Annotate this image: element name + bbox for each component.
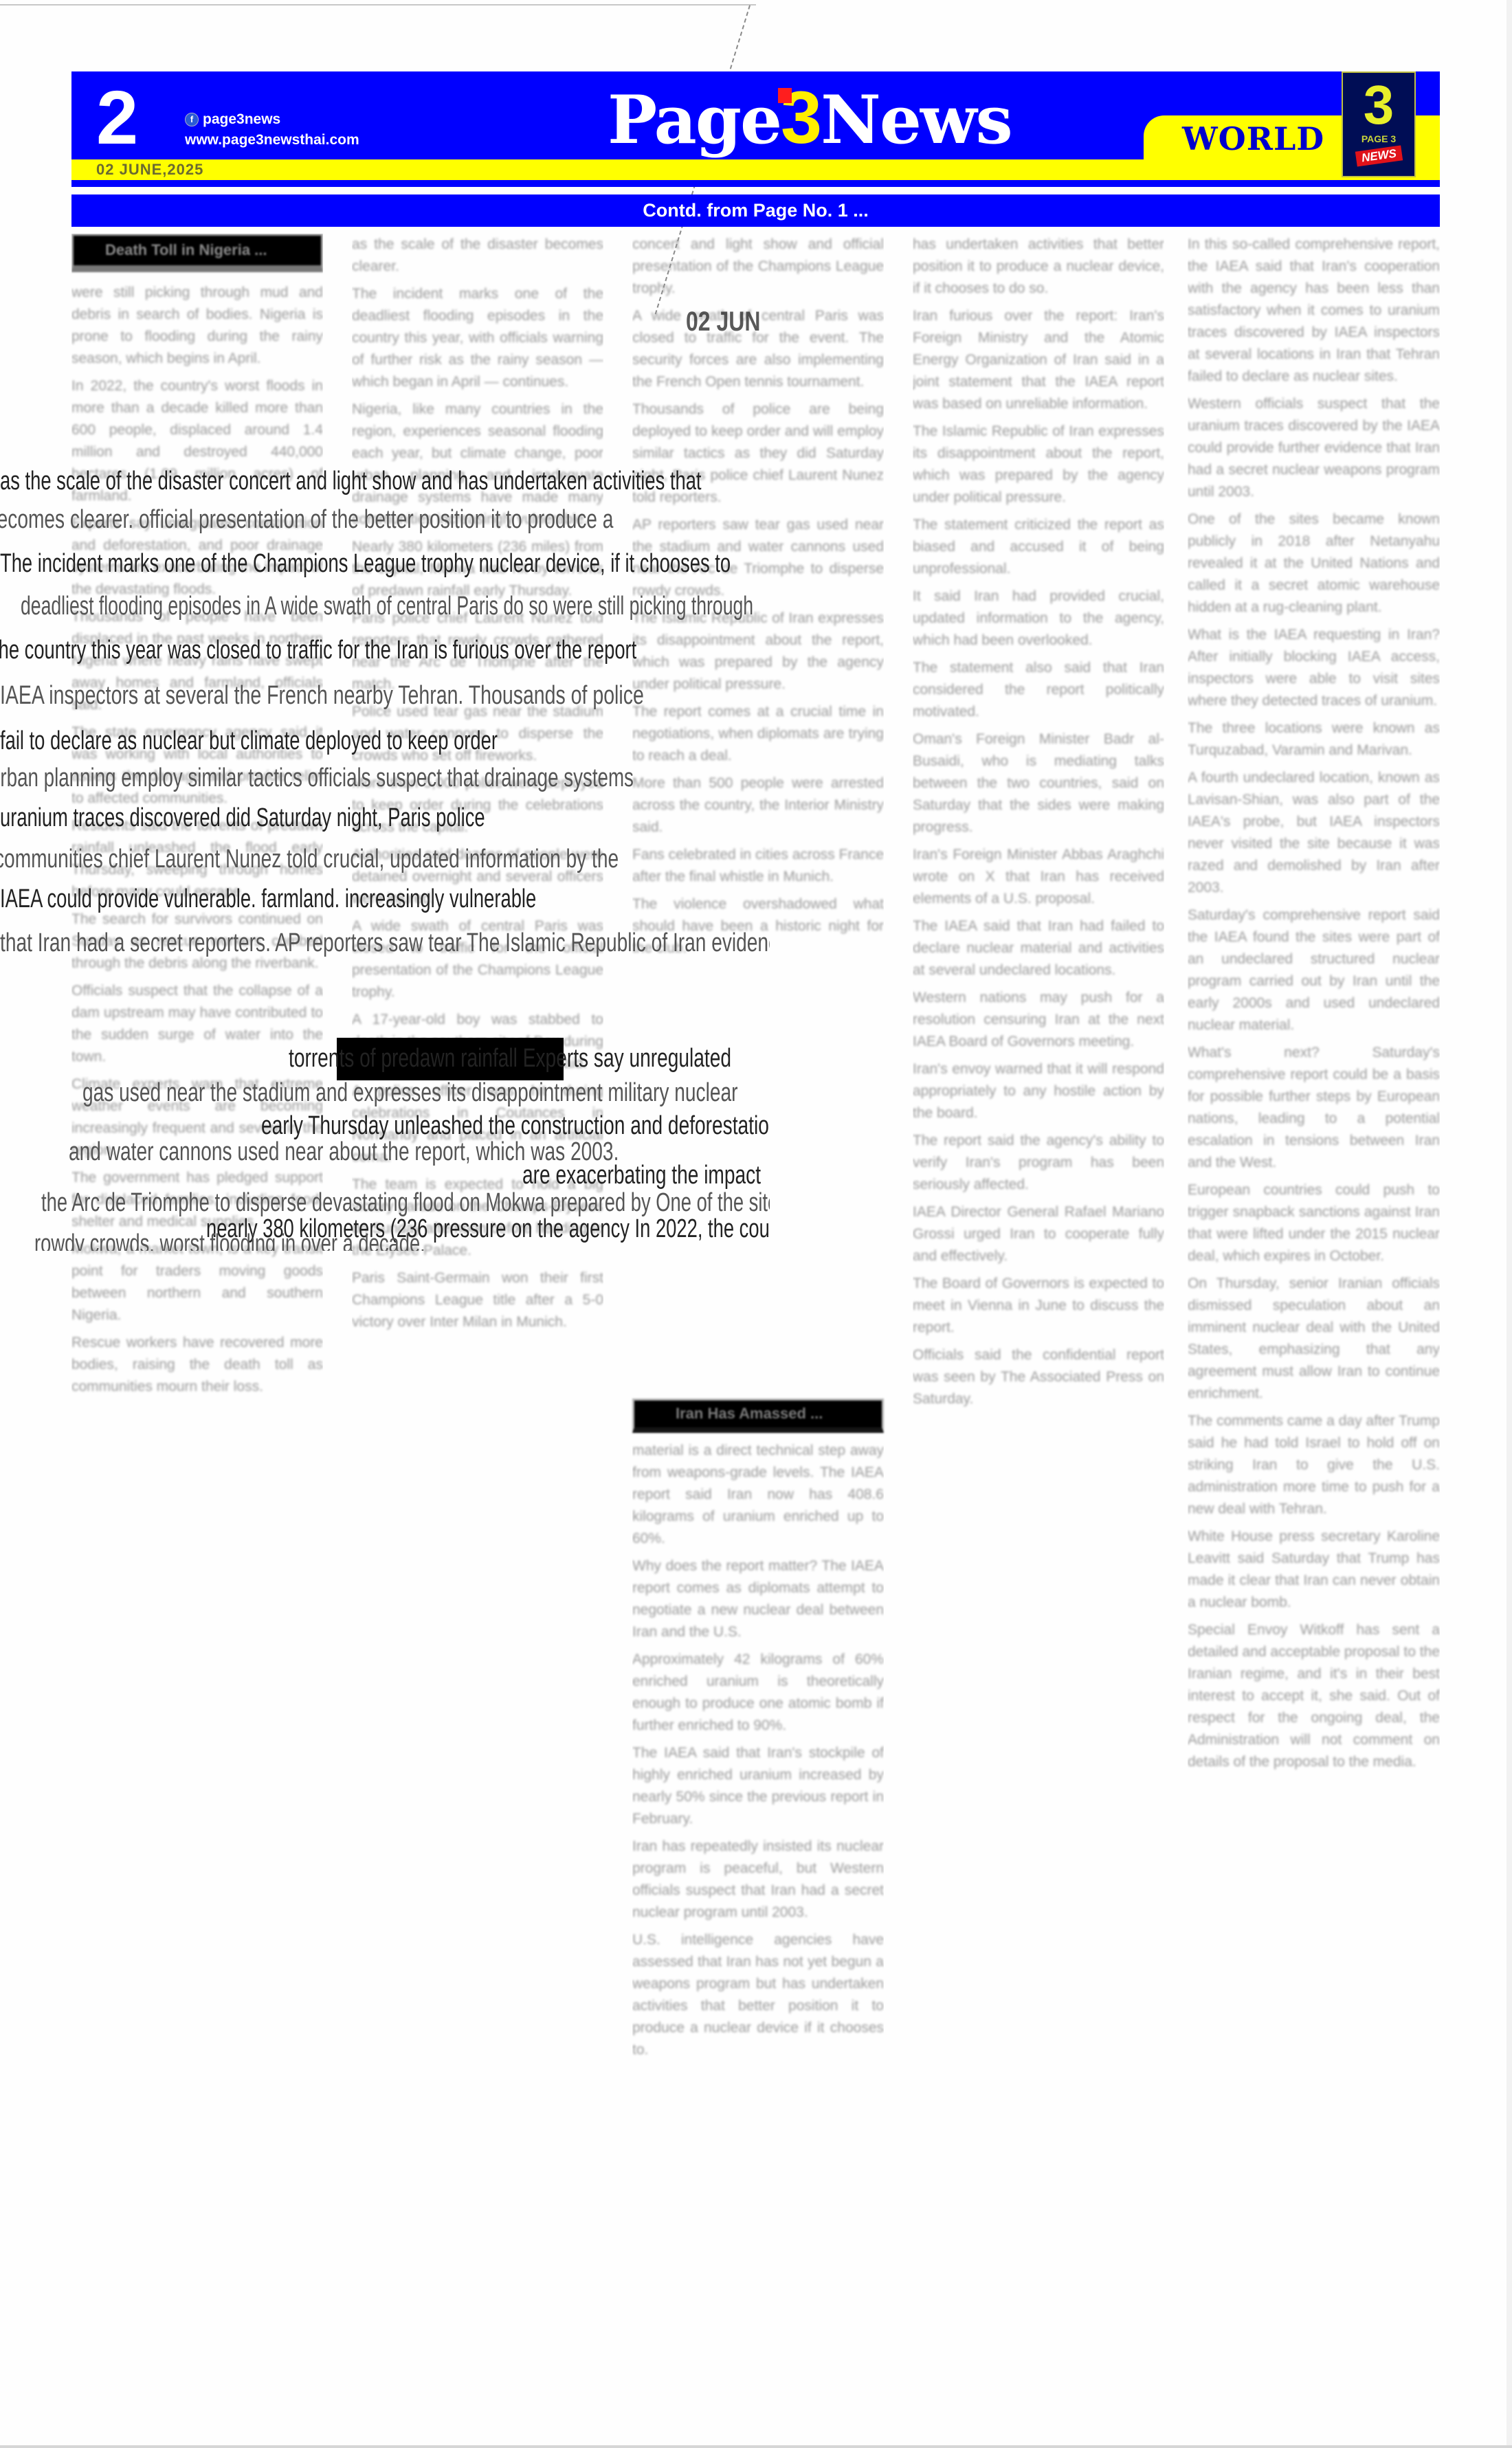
paragraph: concert and light show and official pres…: [632, 234, 884, 300]
column-5: In this so-called comprehensive report, …: [1188, 234, 1440, 2364]
paragraph: The IAEA said that Iran had failed to de…: [913, 915, 1164, 981]
paragraph: Paris Saint-Germain won their first Cham…: [352, 1267, 603, 1333]
facebook-icon: f: [185, 113, 199, 126]
facebook-link[interactable]: fpage3news: [185, 109, 359, 130]
paragraph: What is the IAEA requesting in Iran? Aft…: [1188, 624, 1440, 712]
paragraph: Why does the report matter? The IAEA rep…: [632, 1555, 884, 1643]
paragraph: Western officials suspect that the urani…: [1188, 393, 1440, 503]
paragraph: Special Envoy Witkoff has sent a detaile…: [1188, 1619, 1440, 1773]
paragraph: Officials suspect that the collapse of a…: [71, 980, 323, 1068]
paragraph: The IAEA said that Iran's stockpile of h…: [632, 1742, 884, 1830]
badge-number: 3: [1343, 77, 1414, 133]
paragraph: The report comes at a crucial time in ne…: [632, 701, 884, 767]
paragraph: Climate experts warn that extreme weathe…: [71, 1073, 323, 1161]
paragraph: Rescue workers have recovered more bodie…: [71, 1332, 323, 1398]
paragraph: A wide swath of central Paris was closed…: [352, 915, 603, 1003]
issue-date: 02 JUNE,2025: [96, 159, 203, 180]
website-link[interactable]: www.page3newsthai.com: [185, 130, 359, 151]
logo-word-news: News: [821, 81, 1012, 159]
paragraph: It said Iran had provided crucial, updat…: [913, 586, 1164, 652]
article-heading-iran: Iran Has Amassed ...: [632, 1399, 884, 1433]
facebook-handle: page3news: [203, 111, 280, 127]
paragraph: A fourth undeclared location, known as L…: [1188, 767, 1440, 899]
paragraph: The incident marks one of the deadliest …: [352, 283, 603, 393]
paragraph: Officials said the confidential report w…: [913, 1344, 1164, 1410]
paragraph: Approximately 42 kilograms of 60% enrich…: [632, 1649, 884, 1737]
paragraph: Iran has repeatedly insisted its nuclear…: [632, 1836, 884, 1924]
date-stamp: 02 JUN: [686, 309, 761, 334]
paragraph: Thousands of police are being deployed t…: [632, 399, 884, 509]
paragraph: Iran furious over the report: Iran's For…: [913, 305, 1164, 415]
paragraph: In this so-called comprehensive report, …: [1188, 234, 1440, 388]
paragraph: U.S. intelligence agencies have assessed…: [632, 1929, 884, 2061]
paragraph: Authorities said dozens of people were d…: [352, 844, 603, 910]
paragraph: Western nations may push for a resolutio…: [913, 987, 1164, 1053]
masthead: 2 fpage3news www.page3newsthai.com 02 JU…: [71, 71, 1440, 187]
paragraph: Fans celebrated in cities across France …: [632, 844, 884, 888]
paragraph: What's next? Saturday's comprehensive re…: [1188, 1042, 1440, 1174]
logo-word-page: Page: [608, 81, 781, 159]
paragraph: material is a direct technical step away…: [632, 1440, 884, 1550]
paragraph: as the scale of the disaster becomes cle…: [352, 234, 603, 278]
paragraph: The government has pledged support for d…: [71, 1167, 323, 1233]
paragraph: Residents said the torrents of predawn r…: [71, 815, 323, 903]
paragraph: Paris police chief Laurent Nunez told re…: [352, 608, 603, 696]
paragraph: One of the sites became known publicly i…: [1188, 509, 1440, 619]
page-bottom-edge: [0, 2445, 1512, 2448]
column-2: as the scale of the disaster becomes cle…: [352, 234, 603, 2364]
continued-banner: Contd. from Page No. 1 ...: [71, 194, 1440, 227]
article-heading-nigeria: Death Toll in Nigeria ...: [71, 234, 323, 272]
paragraph: European countries could push to trigger…: [1188, 1179, 1440, 1267]
paragraph: IAEA Director General Rafael Mariano Gro…: [913, 1201, 1164, 1267]
paragraph: On Thursday, senior Iranian officials di…: [1188, 1273, 1440, 1405]
paragraph: More than 500 people were arrested acros…: [632, 772, 884, 838]
paragraph: Nigeria, like many countries in the regi…: [352, 399, 603, 531]
paragraph: The search for survivors continued on Su…: [71, 909, 323, 975]
column-3: concert and light show and official pres…: [632, 234, 884, 2364]
logo-number: 3: [781, 76, 821, 159]
paragraph: Oman's Foreign Minister Badr al-Busaidi,…: [913, 728, 1164, 838]
masthead-bottom-band: [71, 180, 1440, 187]
column-1: Death Toll in Nigeria ... were still pic…: [71, 234, 323, 2364]
paragraph: Nearly 380 kilometers (236 miles) from t…: [352, 536, 603, 602]
paragraph: The state emergency agency said it was w…: [71, 722, 323, 810]
top-rule: [0, 4, 756, 5]
social-links: fpage3news www.page3newsthai.com: [185, 109, 359, 151]
column-4: has undertaken activities that better po…: [913, 234, 1164, 2364]
page3-news-badge: 3 PAGE 3 NEWS: [1342, 71, 1416, 177]
page-number: 2: [96, 77, 138, 159]
paragraph: Experts say unregulated construction and…: [71, 513, 323, 601]
paragraph: Thousands of people have been displaced …: [71, 606, 323, 716]
badge-page-text: PAGE 3: [1343, 133, 1414, 144]
paragraph: Saturday's comprehensive report said the…: [1188, 904, 1440, 1036]
paragraph: The statement also said that Iran consid…: [913, 657, 1164, 723]
paragraph: White House press secretary Karoline Lea…: [1188, 1526, 1440, 1614]
newspaper-logo: Page3News: [608, 80, 1012, 155]
page-edge: [1507, 0, 1512, 2448]
paragraph: AP reporters saw tear gas used near the …: [632, 514, 884, 602]
paragraph: A 17-year-old boy was stabbed to death i…: [352, 1009, 603, 1075]
paragraph: A police officer was hit during celebrat…: [352, 1080, 603, 1168]
paragraph: Police used tear gas near the stadium an…: [352, 701, 603, 767]
paragraph: has undertaken activities that better po…: [913, 234, 1164, 300]
paragraph: were still picking through mud and debri…: [71, 282, 323, 370]
paragraph: Mokwa, a market town, is a key transit p…: [71, 1238, 323, 1326]
paragraph: The Islamic Republic of Iran expresses i…: [632, 608, 884, 696]
paragraph: The comments came a day after Trump said…: [1188, 1410, 1440, 1520]
paragraph: The three locations were known as Turquz…: [1188, 717, 1440, 761]
paragraph: The statement criticized the report as b…: [913, 514, 1164, 580]
section-label: WORLD: [1182, 118, 1324, 159]
paragraph: Iran's envoy warned that it will respond…: [913, 1058, 1164, 1124]
paragraph: The team is expected to hold a big victo…: [352, 1174, 603, 1262]
paragraph: More than 5,000 police were deployed to …: [352, 772, 603, 838]
paragraph: The report said the agency's ability to …: [913, 1130, 1164, 1196]
paragraph: In 2022, the country's worst floods in m…: [71, 375, 323, 507]
paragraph: The violence overshadowed what should ha…: [632, 893, 884, 959]
paragraph: The Board of Governors is expected to me…: [913, 1273, 1164, 1339]
badge-news-text: NEWS: [1355, 145, 1402, 166]
paragraph: The Islamic Republic of Iran expresses i…: [913, 421, 1164, 509]
newspaper-page: 2 fpage3news www.page3newsthai.com 02 JU…: [0, 0, 1512, 2448]
paragraph: Iran's Foreign Minister Abbas Araghchi w…: [913, 844, 1164, 910]
